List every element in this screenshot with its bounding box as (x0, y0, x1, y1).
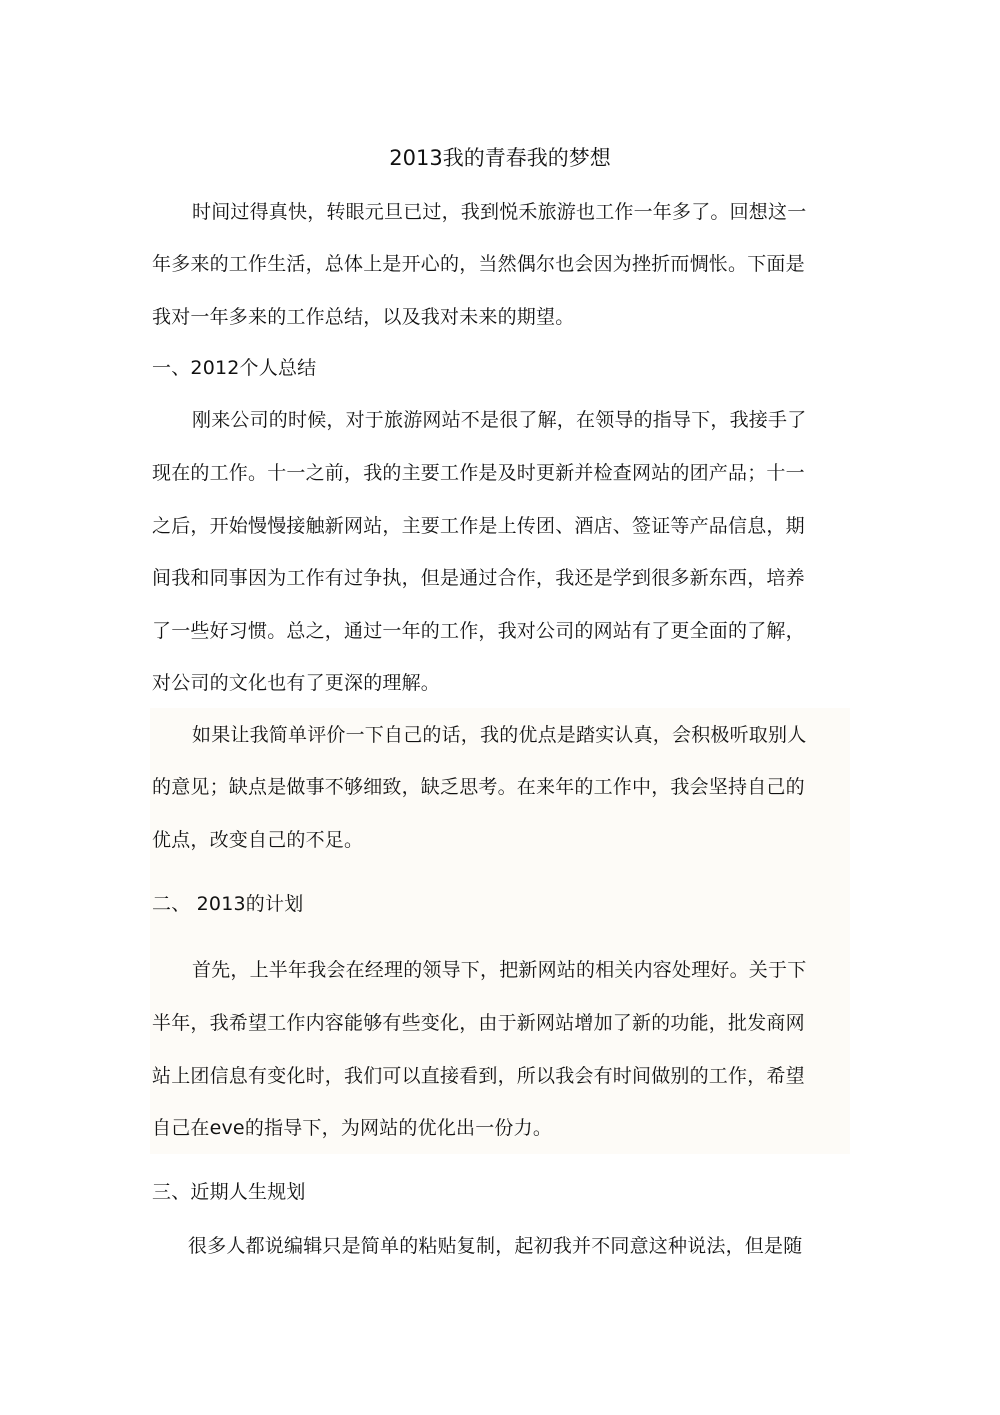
s1p1-line-4: 间我和同事因为工作有过争执，但是通过合作，我还是学到很多新东西，培养 (152, 563, 852, 593)
document-title: 2013我的青春我的梦想 (0, 143, 1000, 173)
document-page: 2013我的青春我的梦想 时间过得真快，转眼元旦已过，我到悦禾旅游也工作一年多了… (0, 0, 1000, 1415)
s2p1-line-2: 半年，我希望工作内容能够有些变化，由于新网站增加了新的功能，批发商网 (152, 1008, 852, 1038)
s2p1-line-3: 站上团信息有变化时，我们可以直接看到，所以我会有时间做别的工作，希望 (152, 1061, 852, 1091)
intro-line-1: 时间过得真快，转眼元旦已过，我到悦禾旅游也工作一年多了。回想这一 (192, 197, 892, 227)
s2p1-line-4: 自己在eve的指导下，为网站的优化出一份力。 (152, 1113, 852, 1143)
intro-line-2: 年多来的工作生活，总体上是开心的，当然偶尔也会因为挫折而惆怅。下面是 (152, 249, 852, 279)
s3p1-line-1: 很多人都说编辑只是简单的粘贴复制，起初我并不同意这种说法，但是随 (188, 1231, 888, 1261)
s1p2-line-3: 优点，改变自己的不足。 (152, 825, 852, 855)
s1p2-line-2: 的意见；缺点是做事不够细致，缺乏思考。在来年的工作中，我会坚持自己的 (152, 772, 852, 802)
section3-heading: 三、近期人生规划 (152, 1177, 852, 1207)
s1p1-line-1: 刚来公司的时候，对于旅游网站不是很了解，在领导的指导下，我接手了 (192, 405, 892, 435)
intro-line-3: 我对一年多来的工作总结，以及我对未来的期望。 (152, 302, 852, 332)
s2p1-line-1: 首先，上半年我会在经理的领导下，把新网站的相关内容处理好。关于下 (192, 955, 892, 985)
section1-heading: 一、2012个人总结 (152, 353, 852, 383)
s1p1-line-5: 了一些好习惯。总之，通过一年的工作，我对公司的网站有了更全面的了解， (152, 616, 852, 646)
section2-heading: 二、 2013的计划 (152, 889, 852, 919)
s1p2-line-1: 如果让我简单评价一下自己的话，我的优点是踏实认真，会积极听取别人 (192, 720, 892, 750)
s1p1-line-6: 对公司的文化也有了更深的理解。 (152, 668, 852, 698)
s1p1-line-2: 现在的工作。十一之前，我的主要工作是及时更新并检查网站的团产品；十一 (152, 458, 852, 488)
s1p1-line-3: 之后，开始慢慢接触新网站，主要工作是上传团、酒店、签证等产品信息，期 (152, 511, 852, 541)
